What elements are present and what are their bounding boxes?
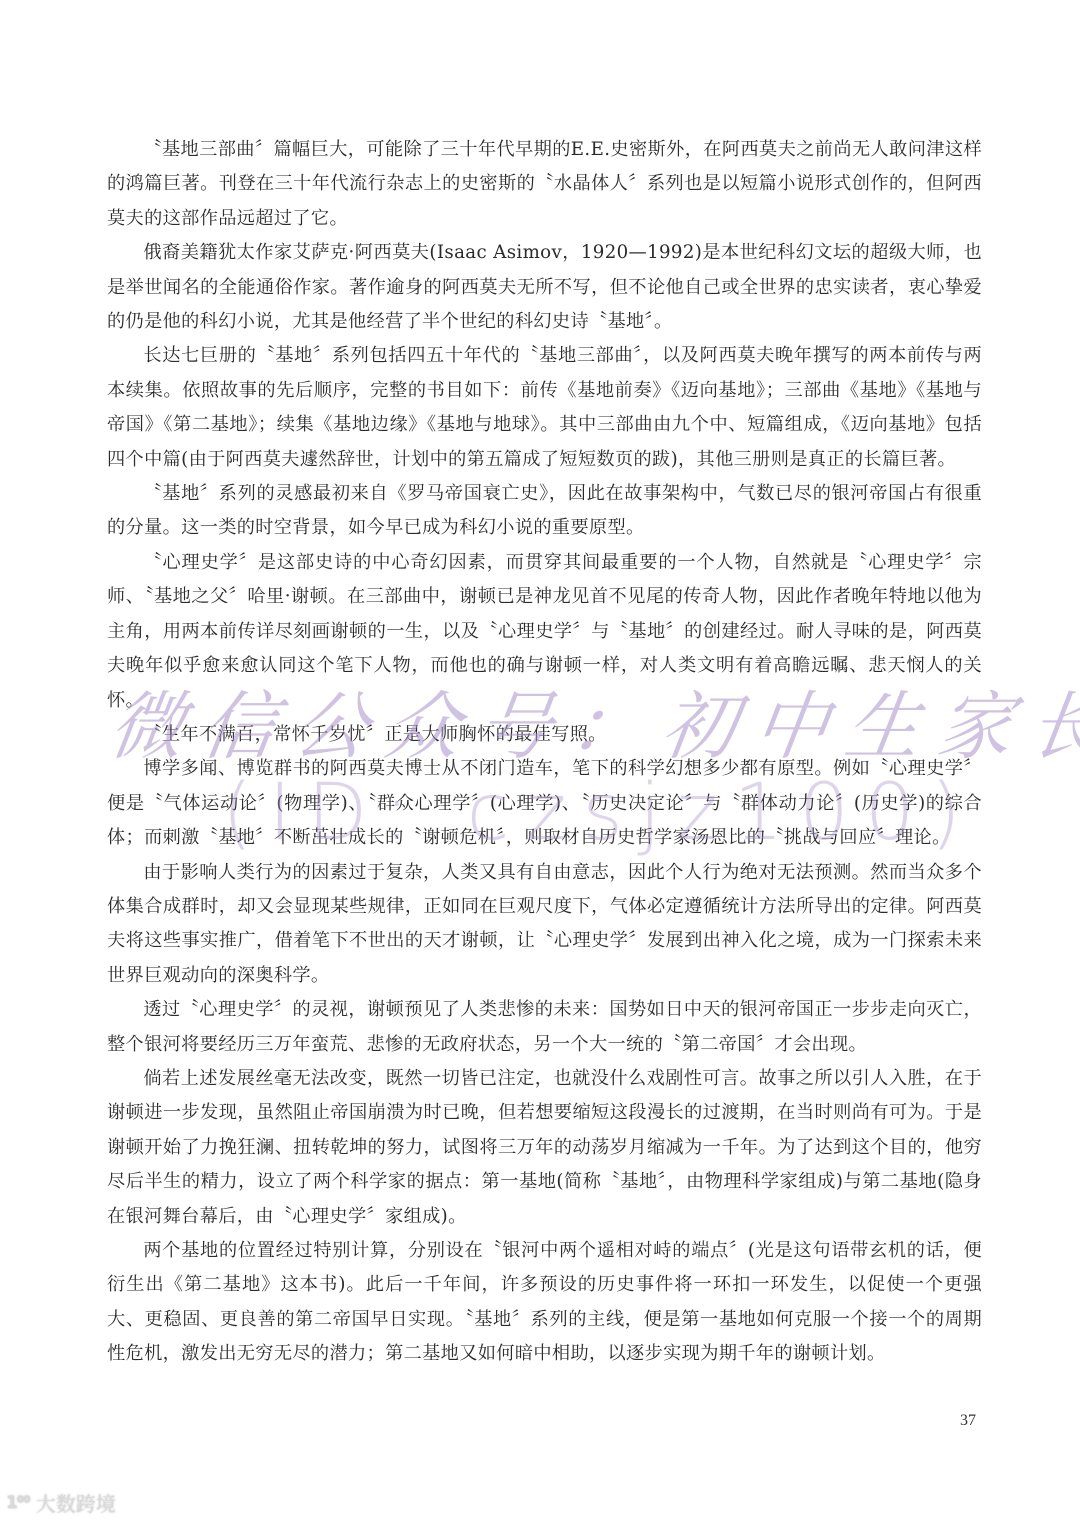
paragraph-7: 博学多闻、博览群书的阿西莫夫博士从不闭门造车，笔下的科学幻想多少都有原型。例如〝… [107, 752, 982, 855]
paragraph-5: 〝心理史学〞是这部史诗的中心奇幻因素，而贯穿其间最重要的一个人物，自然就是〝心理… [107, 546, 982, 718]
paragraph-1: 〝基地三部曲〞篇幅巨大，可能除了三十年代早期的E.E.史密斯外，在阿西莫夫之前尚… [107, 133, 982, 236]
brand-label: 大数跨境 [36, 1488, 116, 1517]
100-logo-icon: 1⁰⁰ [6, 1493, 30, 1513]
brand-watermark: 1⁰⁰ 大数跨境 [6, 1488, 116, 1517]
paragraph-9: 透过〝心理史学〞的灵视，谢顿预见了人类悲惨的未来：国势如日中天的银河帝国正一步步… [107, 993, 982, 1062]
paragraph-3: 长达七巨册的〝基地〞系列包括四五十年代的〝基地三部曲〞，以及阿西莫夫晚年撰写的两… [107, 339, 982, 477]
paragraph-11: 两个基地的位置经过特别计算，分别设在〝银河中两个遥相对峙的端点〞(光是这句语带玄… [107, 1234, 982, 1372]
paragraph-4: 〝基地〞系列的灵感最初来自《罗马帝国衰亡史》，因此在故事架构中，气数已尽的银河帝… [107, 477, 982, 546]
document-page: 〝基地三部曲〞篇幅巨大，可能除了三十年代早期的E.E.史密斯外，在阿西莫夫之前尚… [107, 133, 982, 1372]
page-number: 37 [960, 1412, 976, 1430]
paragraph-2: 俄裔美籍犹太作家艾萨克·阿西莫夫(Isaac Asimov，1920—1992)… [107, 236, 982, 339]
paragraph-6: 〝生年不满百，常怀千岁忧〞正是大师胸怀的最佳写照。 [107, 718, 982, 752]
paragraph-10: 倘若上述发展丝毫无法改变，既然一切皆已注定，也就没什么戏剧性可言。故事之所以引人… [107, 1062, 982, 1234]
paragraph-8: 由于影响人类行为的因素过于复杂，人类又具有自由意志，因此个人行为绝对无法预测。然… [107, 856, 982, 994]
